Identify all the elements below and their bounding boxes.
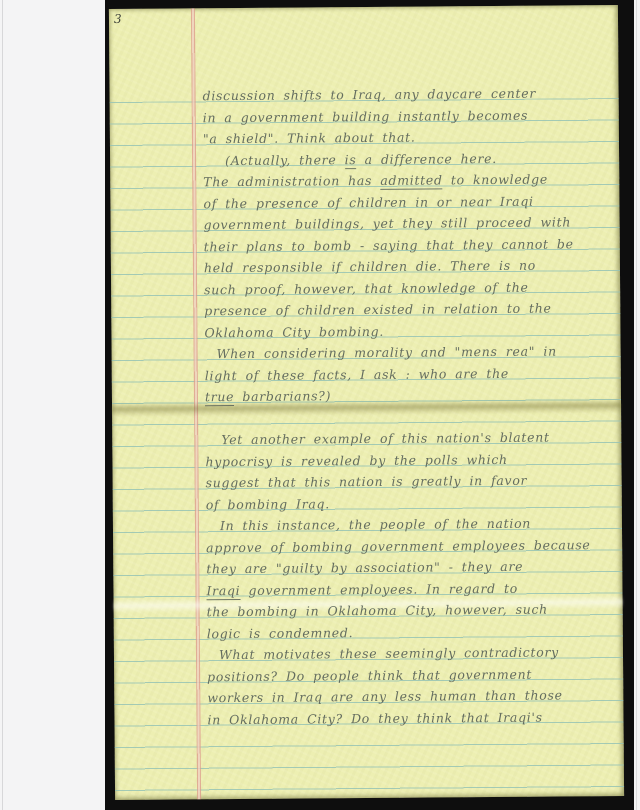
handwriting-line: Yet another example of this nation's bla… <box>221 431 549 448</box>
handwriting-lines: discussion shifts to Iraq, any daycare c… <box>109 5 624 800</box>
handwriting-line: discussion shifts to Iraq, any daycare c… <box>203 87 536 104</box>
handwriting-line: (Actually, there is a difference here. <box>225 151 497 167</box>
handwriting-text: held responsible if children die. There … <box>204 258 536 276</box>
handwriting-text: light of these facts, I ask : who are th… <box>205 365 509 382</box>
handwriting-line: of bombing Iraq. <box>206 497 330 512</box>
handwriting-text: Yet another example of this nation's bla… <box>221 430 549 448</box>
handwriting-line: of the presence of children in or near I… <box>203 194 533 211</box>
handwriting-underlined-word: admitted <box>380 172 442 189</box>
notepad-paper: 3 discussion shifts to Iraq, any daycare… <box>109 5 624 800</box>
handwriting-text: suggest that this nation is greatly in f… <box>206 473 528 491</box>
handwriting-text: to knowledge <box>443 172 548 188</box>
handwriting-text: such proof, however, that knowledge of t… <box>204 279 529 297</box>
handwriting-text: In this instance, the people of the nati… <box>220 516 531 533</box>
handwriting-text: discussion shifts to Iraq, any daycare c… <box>203 86 536 104</box>
handwriting-line: presence of children existed in relation… <box>204 302 551 319</box>
handwriting-line: workers in Iraq are any less human than … <box>207 688 562 705</box>
handwriting-underlined-word: is <box>345 152 357 169</box>
handwriting-line: held responsible if children die. There … <box>204 259 536 276</box>
handwriting-line: Oklahoma City bombing. <box>204 324 384 339</box>
handwriting-line: the bombing in Oklahoma City, however, s… <box>207 603 548 620</box>
handwriting-line: in a government building instantly becom… <box>203 108 528 125</box>
handwriting-text: the bombing in Oklahoma City, however, s… <box>207 602 548 620</box>
handwriting-text: (Actually, there <box>225 152 345 168</box>
handwriting-line: The administration has admitted to knowl… <box>203 173 548 190</box>
handwriting-text: approve of bombing government employees … <box>206 537 590 555</box>
handwriting-text: positions? Do people think that governme… <box>207 666 532 684</box>
handwriting-text: a difference here. <box>356 150 497 166</box>
handwriting-line: suggest that this nation is greatly in f… <box>206 474 528 491</box>
handwriting-text: of bombing Iraq. <box>206 496 330 512</box>
handwriting-text: logic is condemned. <box>207 625 354 641</box>
handwriting-line: hypocrisy is revealed by the polls which <box>205 452 507 468</box>
handwriting-line: true barbarians?) <box>205 389 331 404</box>
handwriting-underlined-word: Iraqi <box>206 582 240 599</box>
handwriting-text: they are "guilty by association" - they … <box>206 559 523 576</box>
handwriting-text: presence of children existed in relation… <box>204 301 551 319</box>
scan-frame: 3 discussion shifts to Iraq, any daycare… <box>105 0 634 810</box>
handwriting-line: in Oklahoma City? Do they think that Ira… <box>207 710 542 727</box>
handwriting-text: "a shield". Think about that. <box>203 130 416 147</box>
handwriting-text: Oklahoma City bombing. <box>204 323 384 339</box>
handwriting-text: When considering morality and "mens rea"… <box>217 344 557 362</box>
left-edge-line <box>2 0 3 810</box>
right-edge-line <box>636 0 637 810</box>
handwriting-text: barbarians?) <box>234 388 331 404</box>
handwriting-text: in a government building instantly becom… <box>203 107 528 125</box>
handwriting-line: In this instance, the people of the nati… <box>220 517 531 533</box>
handwriting-text: of the presence of children in or near I… <box>203 193 533 211</box>
handwriting-line: When considering morality and "mens rea"… <box>217 345 557 362</box>
handwriting-line: approve of bombing government employees … <box>206 538 590 555</box>
handwriting-text: in Oklahoma City? Do they think that Ira… <box>207 709 542 727</box>
handwriting-text: government buildings, yet they still pro… <box>204 214 572 232</box>
handwriting-line: logic is condemned. <box>207 626 354 641</box>
handwriting-text: What motivates these seemingly contradic… <box>219 644 559 662</box>
handwriting-text: hypocrisy is revealed by the polls which <box>205 451 507 468</box>
handwriting-line: they are "guilty by association" - they … <box>206 560 523 576</box>
scan-background: 3 discussion shifts to Iraq, any daycare… <box>0 0 640 810</box>
handwriting-line: government buildings, yet they still pro… <box>204 215 572 232</box>
handwriting-line: their plans to bomb - saying that they c… <box>204 237 574 254</box>
handwriting-line: Iraqi government employees. In regard to <box>206 581 518 597</box>
handwriting-line: light of these facts, I ask : who are th… <box>205 366 509 382</box>
handwriting-line: What motivates these seemingly contradic… <box>219 645 559 662</box>
handwriting-text: government employees. In regard to <box>240 580 518 597</box>
handwriting-text: their plans to bomb - saying that they c… <box>204 236 574 254</box>
handwriting-line: "a shield". Think about that. <box>203 131 416 147</box>
handwriting-line: such proof, however, that knowledge of t… <box>204 280 529 297</box>
handwriting-text: The administration has <box>203 173 380 189</box>
handwriting-underlined-word: true <box>205 389 234 406</box>
handwriting-line: positions? Do people think that governme… <box>207 667 532 684</box>
handwriting-text: workers in Iraq are any less human than … <box>207 687 562 705</box>
